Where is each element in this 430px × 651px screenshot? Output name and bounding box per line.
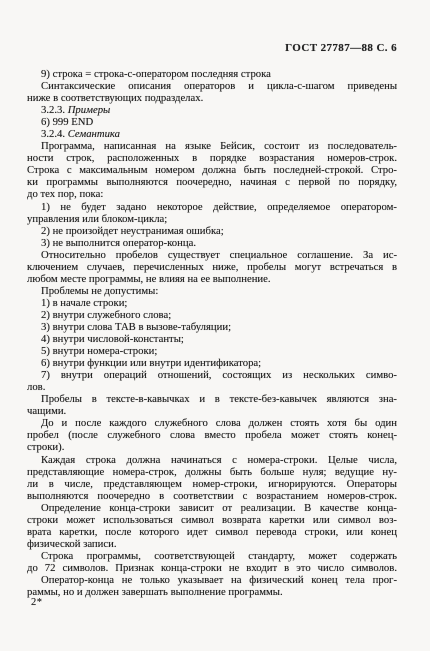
text-line: любом месте программы, не влияя на ее вы… xyxy=(27,273,397,285)
text-line: Определение конца-строки зависит от реал… xyxy=(27,502,397,514)
text-line: 3) внутри слова ТАВ в вызове-табуляции; xyxy=(27,321,397,333)
text-line: управления или блоком-цикла; xyxy=(27,213,397,225)
text-line: строки). xyxy=(27,441,397,453)
document-body: 9) строка = строка-с-оператором последня… xyxy=(27,68,397,598)
text-line: строки может использоваться символ возвр… xyxy=(27,514,397,526)
text-line: ключением случаев, перечисленных ниже, п… xyxy=(27,261,397,273)
text-line: Программа, написанная на языке Бейсик, с… xyxy=(27,140,397,152)
text-line: 7) внутри операций отношений, состоящих … xyxy=(27,369,397,381)
clause-heading-line: 3.2.3. Примеры xyxy=(27,104,397,116)
text-line: 6) 999 END xyxy=(27,116,397,128)
text-line: Оператор-конца не только указывает на фи… xyxy=(27,574,397,586)
text-line: 5) внутри номера-строки; xyxy=(27,345,397,357)
clause-heading-line: 3.2.4. Семантика xyxy=(27,128,397,140)
scanned-document-page: ГОСТ 27787—88 С. 6 9) строка = строка-с-… xyxy=(0,0,430,651)
clause-number: 3.2.4. xyxy=(41,128,68,140)
clause-title: Примеры xyxy=(68,104,111,116)
text-line: Пробелы в тексте-в-кавычках и в тексте-б… xyxy=(27,393,397,405)
text-line: раммы, но и должен завершать выполнение … xyxy=(27,586,397,598)
text-line: Проблемы не допустимы: xyxy=(27,285,397,297)
text-line: Строка с максимальным номером должна быт… xyxy=(27,164,397,176)
text-line: 1) в начале строки; xyxy=(27,297,397,309)
text-line: 3) не выполнится оператор-конца. xyxy=(27,237,397,249)
text-line: ности строк, расположенных в порядке воз… xyxy=(27,152,397,164)
text-line: лов. xyxy=(27,381,397,393)
text-line: 1) не будет задано некоторое действие, о… xyxy=(27,201,397,213)
text-line: 2) не произойдет неустранимая ошибка; xyxy=(27,225,397,237)
text-line: Относительно пробелов существует специал… xyxy=(27,249,397,261)
text-line: ниже в соответствующих подразделах. xyxy=(27,92,397,104)
clause-number: 3.2.3. xyxy=(41,104,68,116)
text-line: 2) внутри служебного слова; xyxy=(27,309,397,321)
text-line: пробел (после служебного слова вместо пр… xyxy=(27,429,397,441)
text-line: ки программы выполняются поочередно, нач… xyxy=(27,176,397,188)
clause-title: Семантика xyxy=(68,128,120,140)
text-line: врата каретки, после которого идет симво… xyxy=(27,526,397,538)
text-line: представляющие номера-строк, должны быть… xyxy=(27,466,397,478)
page-signature-mark: 2* xyxy=(31,597,43,608)
text-line: Каждая строка должна начинаться с номера… xyxy=(27,454,397,466)
text-line: До и после каждого служебного слова долж… xyxy=(27,417,397,429)
text-line: Строка программы, соответствующей станда… xyxy=(27,550,397,562)
text-line: ли в числе, представляющем номер-строки,… xyxy=(27,478,397,490)
text-line: 4) внутри числовой-константы; xyxy=(27,333,397,345)
text-line: до тех пор, пока: xyxy=(27,188,397,200)
text-line: Синтаксические описания операторов и цик… xyxy=(27,80,397,92)
text-line: физической записи. xyxy=(27,538,397,550)
text-line: чащими. xyxy=(27,405,397,417)
text-line: выполняются поочередно в соответствии с … xyxy=(27,490,397,502)
text-line: до 72 символов. Признак конца-строки не … xyxy=(27,562,397,574)
text-line: 9) строка = строка-с-оператором последня… xyxy=(27,68,397,80)
text-line: 6) внутри функции или внутри идентификат… xyxy=(27,357,397,369)
running-header: ГОСТ 27787—88 С. 6 xyxy=(27,42,397,54)
